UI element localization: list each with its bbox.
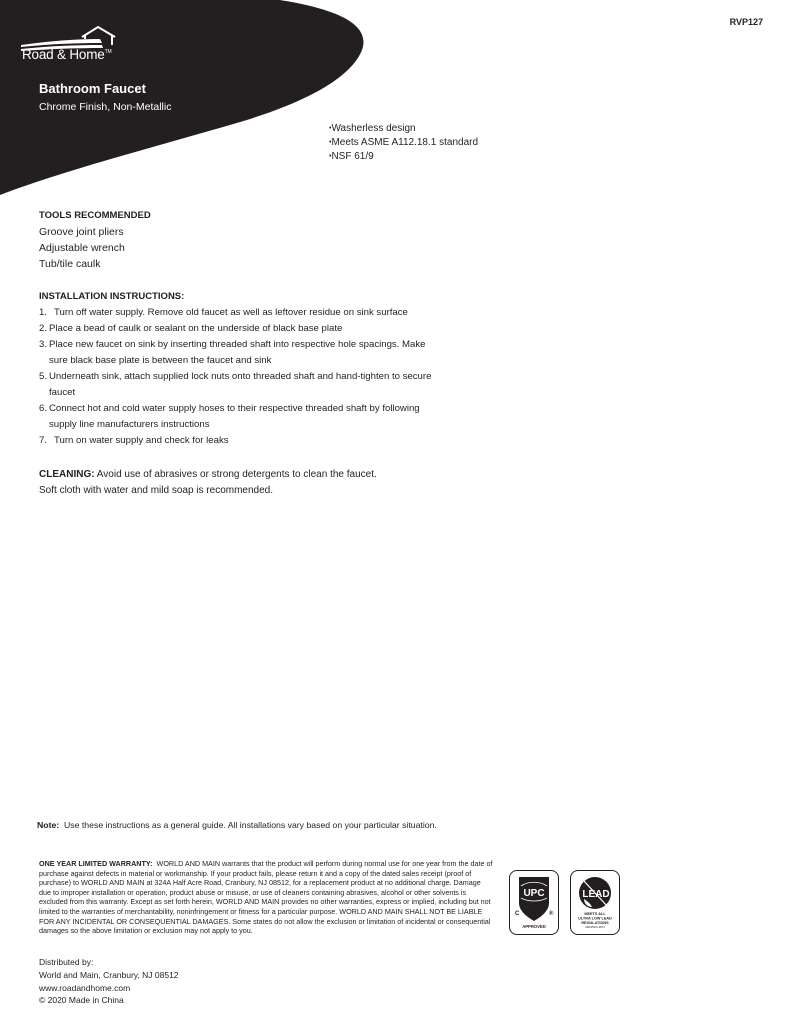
installation-step: 1.Turn off water supply. Remove old fauc…: [39, 305, 439, 321]
low-lead-badge: LEAD MEETS ALL ULTRA LOW LEAD REGULATION…: [570, 870, 620, 935]
tools-section: TOOLS RECOMMENDED Groove joint pliers Ad…: [39, 208, 151, 272]
distributor-info: Distributed by: World and Main, Cranbury…: [39, 956, 179, 1007]
cleaning-section: CLEANING: Avoid use of abrasives or stro…: [39, 467, 459, 499]
brand-name: Road & HomeTM: [22, 47, 111, 62]
lead-free-icon: LEAD MEETS ALL ULTRA LOW LEAD REGULATION…: [571, 871, 619, 934]
svg-text:UPC: UPC: [523, 888, 544, 899]
product-title: Bathroom Faucet: [39, 81, 146, 96]
note-text: Use these instructions as a general guid…: [64, 820, 437, 830]
svg-text:®: ®: [549, 910, 554, 917]
upc-approved-badge: UPC C ® APPROVED: [509, 870, 559, 935]
feature-list: Washerless design Meets ASME A112.18.1 s…: [329, 122, 478, 164]
product-subtitle: Chrome Finish, Non-Metallic: [39, 101, 171, 113]
svg-text:APPROVED: APPROVED: [522, 924, 546, 929]
cleaning-text: Avoid use of abrasives or strong deterge…: [97, 469, 377, 480]
svg-text:C: C: [515, 911, 520, 917]
note-label: Note:: [37, 820, 59, 830]
svg-text:MEETS ALL: MEETS ALL: [584, 912, 606, 916]
tool-item: Adjustable wrench: [39, 240, 151, 256]
feature-item: Meets ASME A112.18.1 standard: [329, 136, 478, 150]
tool-item: Groove joint pliers: [39, 224, 151, 240]
installation-step: 7.Turn on water supply and check for lea…: [39, 433, 439, 449]
cleaning-text-2: Soft cloth with water and mild soap is r…: [39, 485, 273, 496]
installation-step: 6.Connect hot and cold water supply hose…: [39, 401, 439, 433]
tools-heading: TOOLS RECOMMENDED: [39, 208, 151, 224]
installation-step: 3.Place new faucet on sink by inserting …: [39, 337, 439, 369]
website-link: www.roadandhome.com: [39, 982, 179, 995]
installation-heading: INSTALLATION INSTRUCTIONS:: [39, 289, 439, 305]
cleaning-label: CLEANING:: [39, 469, 95, 480]
installation-step: 5.Underneath sink, attach supplied lock …: [39, 369, 439, 401]
note: Note: Use these instructions as a genera…: [37, 820, 437, 830]
installation-step: 2.Place a bead of caulk or sealant on th…: [39, 321, 439, 337]
svg-text:ULTRA LOW LEAD: ULTRA LOW LEAD: [578, 917, 612, 921]
tool-item: Tub/tile caulk: [39, 256, 151, 272]
upc-shield-icon: UPC C ® APPROVED: [510, 871, 558, 934]
document-code: RVP127: [730, 17, 763, 27]
warranty-label: ONE YEAR LIMITED WARRANTY:: [39, 859, 153, 868]
warranty-text: ONE YEAR LIMITED WARRANTY: WORLD AND MAI…: [39, 859, 494, 936]
installation-steps: 1.Turn off water supply. Remove old fauc…: [39, 305, 439, 449]
feature-item: Washerless design: [329, 122, 478, 136]
feature-item: NSF 61/9: [329, 150, 478, 164]
installation-section: INSTALLATION INSTRUCTIONS: 1.Turn off wa…: [39, 289, 439, 449]
svg-text:AB1953/S.3874: AB1953/S.3874: [585, 925, 605, 929]
